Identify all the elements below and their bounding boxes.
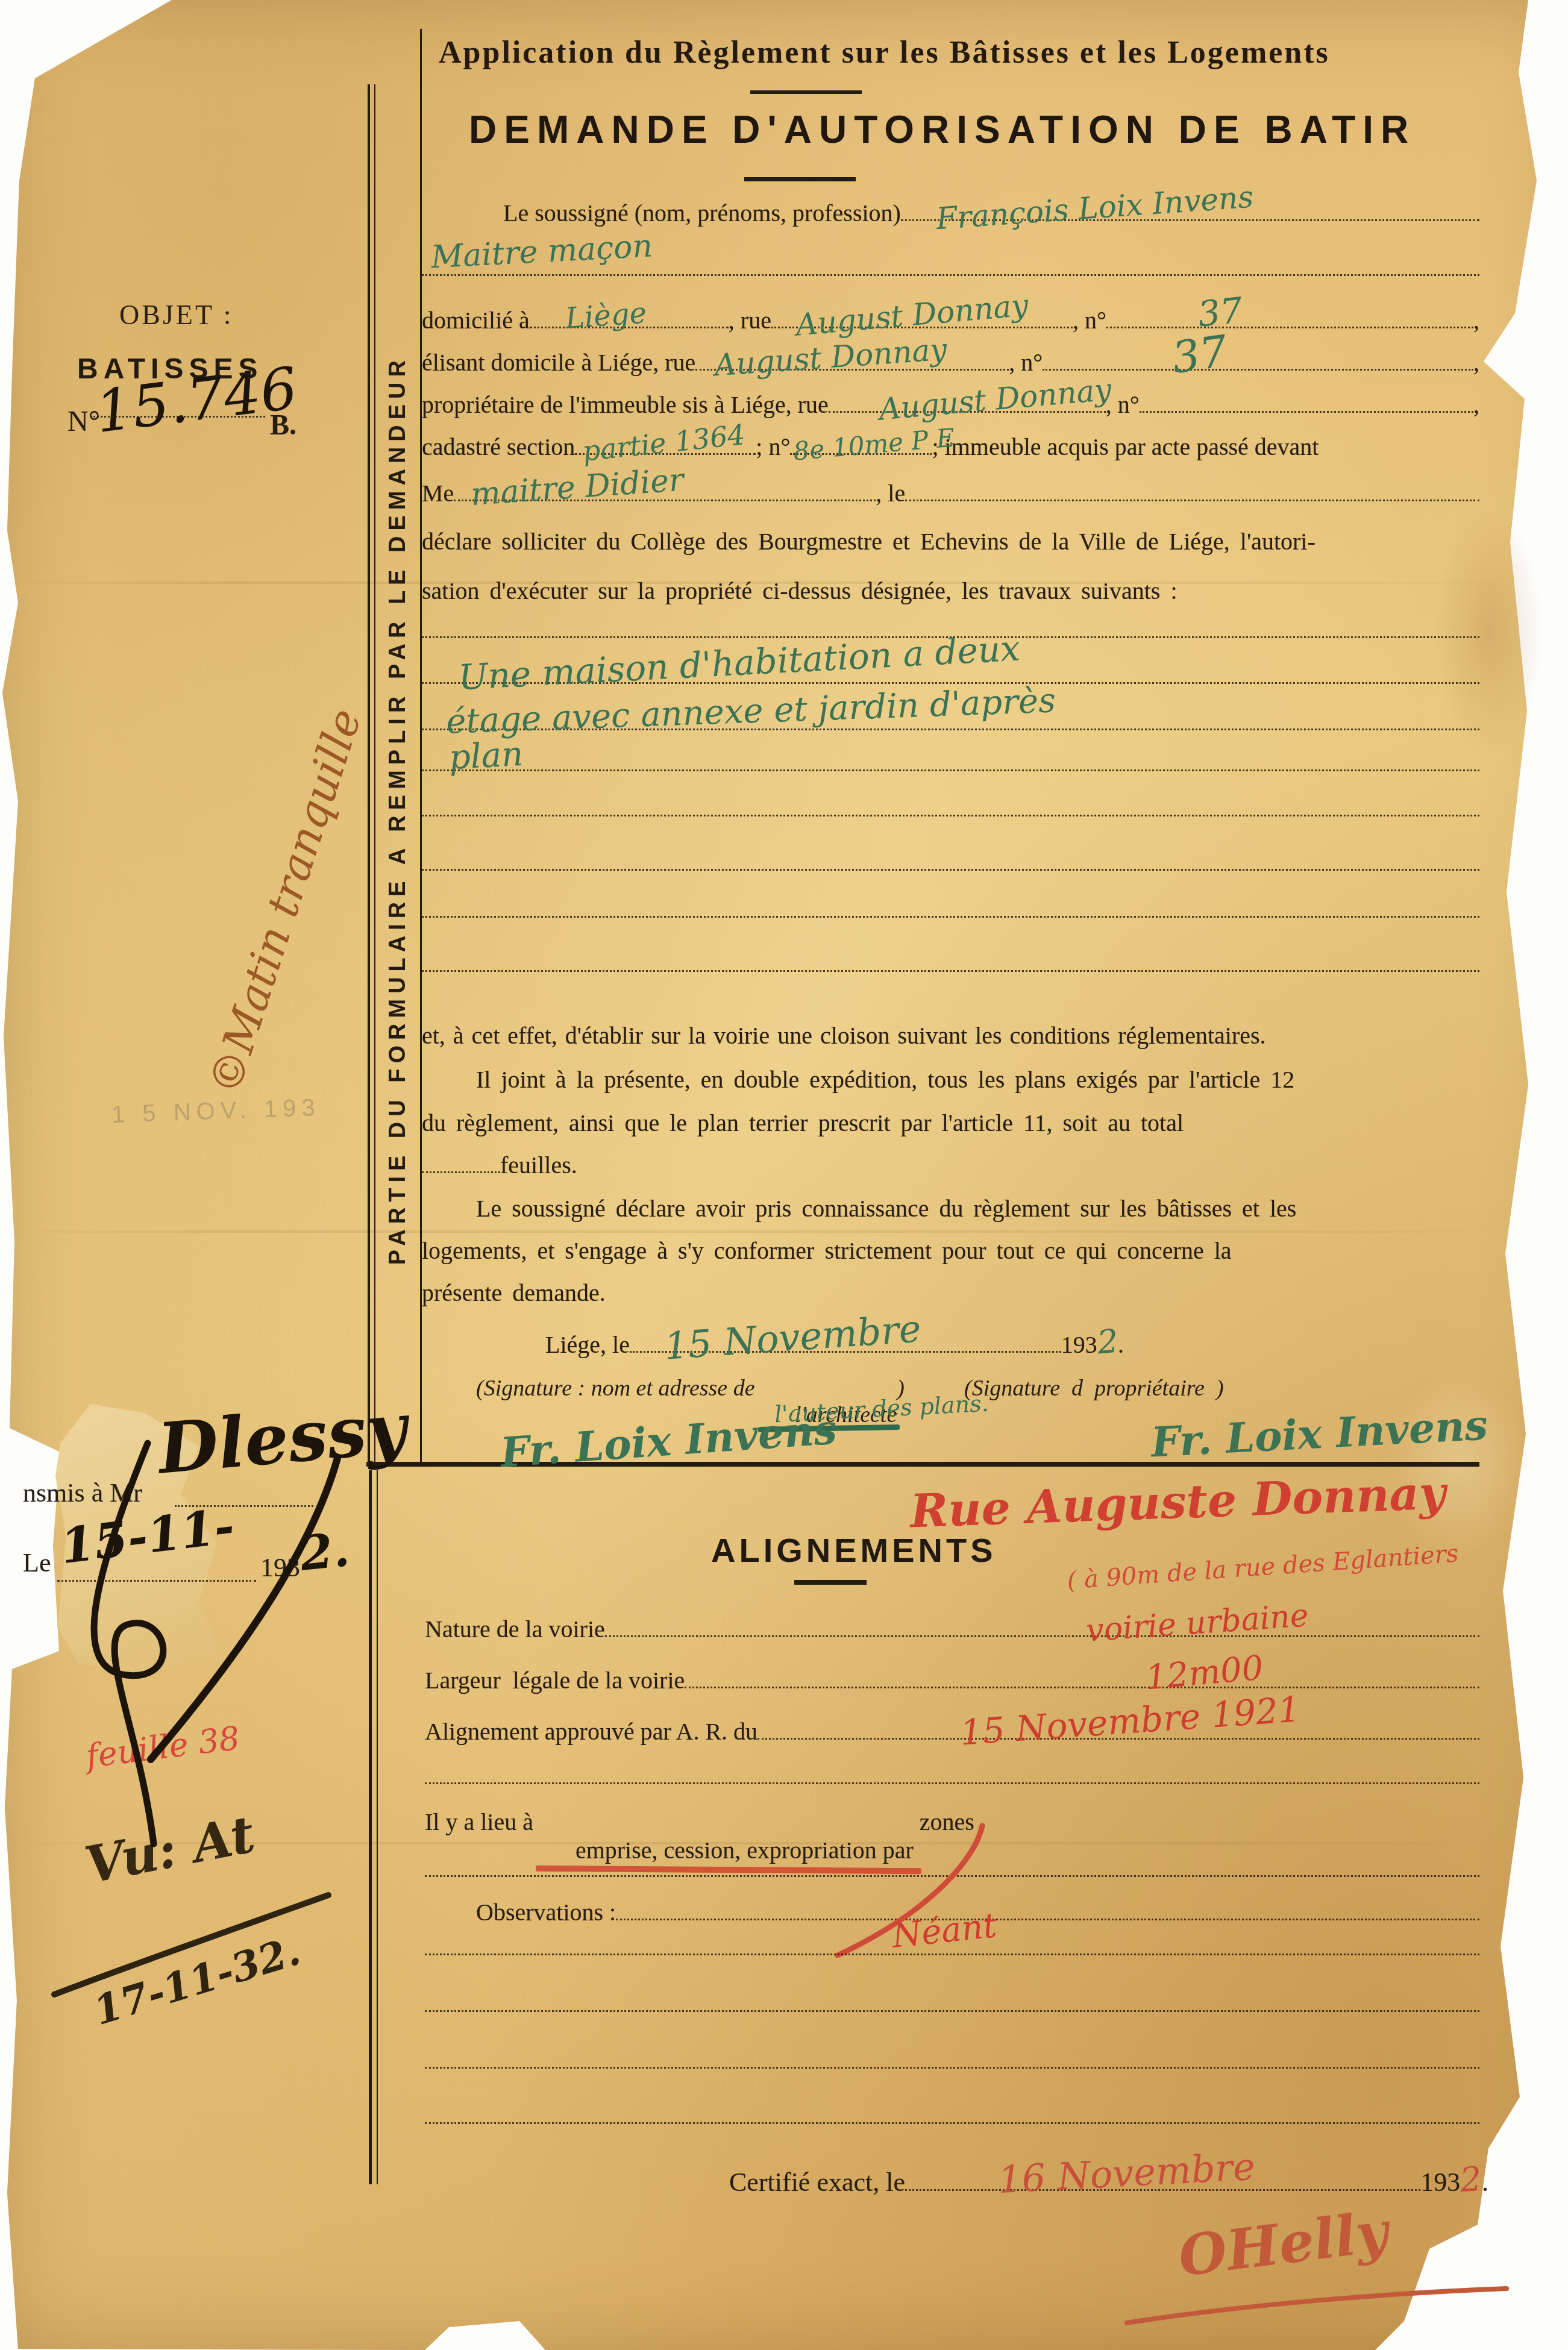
field-proprietaire: propriétaire de l'immeuble sis à Liége, … bbox=[422, 390, 1479, 419]
red-signature-underline bbox=[1121, 2278, 1519, 2332]
field-cadastre: cadastré section partie 1364 ; n° 8e 10m… bbox=[422, 433, 1479, 461]
date-place-label: Liége, le bbox=[545, 1330, 630, 1359]
title-underline bbox=[744, 177, 856, 181]
voirie-nature-line: voirie urbaine bbox=[605, 1626, 1479, 1637]
observations-line bbox=[616, 1909, 1479, 1920]
voirie-nature-row: Nature de la voirie voirie urbaine bbox=[425, 1615, 1479, 1643]
feuilles-count-line bbox=[422, 1162, 500, 1173]
applicant-label: Le soussigné (nom, prénoms, profession) bbox=[503, 199, 901, 227]
cadastre-numero-line: 8e 10me P E bbox=[790, 443, 932, 455]
alignement-approuve-line: 15 Novembre 1921 bbox=[757, 1728, 1479, 1740]
certify-year-handwritten: 2 bbox=[1459, 2160, 1483, 2200]
works-line bbox=[422, 869, 1479, 871]
certify-row: Certifié exact, le 16 Novembre 193 2 . bbox=[729, 2160, 1488, 2199]
line-end-comma: , bbox=[1473, 348, 1479, 377]
acte-date-label: , le bbox=[876, 479, 905, 507]
signature-right-label: (Signature d propriétaire ) bbox=[964, 1375, 1224, 1402]
domicile-label: domicilié à bbox=[422, 306, 530, 334]
proprietaire-rue-line: August Donnay bbox=[829, 401, 1106, 413]
cadastre-section-line: partie 1364 bbox=[575, 443, 756, 455]
line-end-comma: , bbox=[1473, 306, 1479, 334]
blank-line bbox=[425, 2067, 1479, 2069]
vertical-strip: PARTIE DU FORMULAIRE A REMPLIR PAR LE DE… bbox=[372, 224, 423, 1396]
engagement-line1: Le soussigné déclare avoir pris connaiss… bbox=[476, 1194, 1296, 1223]
lower-double-rule-inner bbox=[377, 1470, 378, 2184]
paper-crease bbox=[0, 1230, 1525, 1233]
certify-date-line: 16 Novembre bbox=[905, 2179, 1420, 2191]
declaration-line1: déclare solliciter du Collège des Bourgm… bbox=[422, 527, 1316, 556]
signature-left-prefix: (Signature : nom et adresse de bbox=[476, 1375, 760, 1402]
notaire-prefix: Me bbox=[422, 479, 454, 507]
profession-line bbox=[422, 274, 1479, 276]
scanned-document: Application du Règlement sur les Bâtisse… bbox=[0, 0, 1568, 2350]
domicile-elu-line: August Donnay bbox=[695, 359, 1009, 371]
numero-label: , n° bbox=[1073, 306, 1106, 334]
observations-label: Observations : bbox=[476, 1898, 616, 1926]
works-line bbox=[422, 769, 1479, 771]
acte-date-line bbox=[905, 490, 1479, 501]
field-notaire: Me maitre Didier , le bbox=[422, 479, 1479, 507]
date-year-handwritten: 2 bbox=[1096, 1322, 1120, 1362]
blank-line bbox=[425, 1954, 1479, 1955]
left-double-rule-outer bbox=[368, 84, 370, 1465]
works-line bbox=[422, 815, 1479, 816]
feuilles-label: feuilles. bbox=[500, 1151, 577, 1179]
alignement-approuve-label: Alignement approuvé par A. R. du bbox=[425, 1717, 757, 1746]
voirie-largeur-row: Largeur légale de la voirie 12m00 bbox=[425, 1666, 1479, 1694]
voirie-nature-label: Nature de la voirie bbox=[425, 1615, 605, 1643]
works-line bbox=[422, 970, 1479, 972]
domicile-value: Liège bbox=[564, 296, 647, 335]
header-underline bbox=[750, 90, 862, 94]
emprise-prefix: Il y a lieu à bbox=[425, 1808, 539, 1836]
numero-line: 37 bbox=[1106, 317, 1473, 328]
plans-clause-line1: Il joint à la présente, en double expédi… bbox=[476, 1065, 1294, 1094]
certify-label: Certifié exact, le bbox=[729, 2167, 905, 2198]
declaration-line2: sation d'exécuter sur la propriété ci-de… bbox=[422, 577, 1178, 605]
alignements-title: ALIGNEMENTS bbox=[711, 1531, 997, 1570]
red-flourish-stroke bbox=[783, 1820, 1024, 1964]
date-year-printed: 193 bbox=[1061, 1330, 1097, 1359]
date-row: Liége, le 15 Novembre 193 2 . bbox=[545, 1323, 1124, 1361]
dossier-number-suffix: B. bbox=[270, 409, 296, 442]
domicile-elu-numero-label: , n° bbox=[1009, 348, 1043, 377]
field-domicile: domicilié à Liège , rue August Donnay , … bbox=[422, 306, 1479, 334]
works-text-line3: plan bbox=[448, 735, 524, 777]
field-applicant: Le soussigné (nom, prénoms, profession) … bbox=[503, 199, 1479, 227]
domicile-elu-numero-value: 37 bbox=[1168, 325, 1230, 383]
voirie-largeur-label: Largeur légale de la voirie bbox=[425, 1666, 685, 1694]
plans-clause-line2: du règlement, ainsi que le plan terrier … bbox=[422, 1109, 1184, 1137]
blank-line bbox=[425, 2122, 1479, 2124]
notaire-line: maitre Didier bbox=[454, 490, 876, 501]
domicile-elu-label: élisant domicile à Liége, rue bbox=[422, 348, 695, 377]
engagement-line2: logements, et s'engage à s'y conformer s… bbox=[422, 1236, 1232, 1265]
feuilles-row: feuilles. bbox=[422, 1151, 693, 1179]
blank-line bbox=[425, 1782, 1479, 1784]
objet-label: OBJET : bbox=[119, 299, 233, 331]
works-line bbox=[422, 916, 1479, 918]
field-domicile-elu: élisant domicile à Liége, rue August Don… bbox=[422, 348, 1479, 377]
date-line: 15 Novembre bbox=[630, 1341, 1061, 1353]
domicile-line: Liège bbox=[530, 317, 729, 328]
alignements-underline bbox=[794, 1580, 867, 1585]
cadastre-suite-label: ; immeuble acquis par acte passé devant bbox=[932, 433, 1319, 461]
form-title: DEMANDE D'AUTORISATION DE BATIR bbox=[469, 107, 1416, 152]
alignement-approuve-row: Alignement approuvé par A. R. du 15 Nove… bbox=[425, 1717, 1479, 1746]
cloison-clause: et, à cet effet, d'établir sur la voirie… bbox=[422, 1021, 1266, 1050]
engagement-line3: présente demande. bbox=[422, 1279, 606, 1307]
domicile-elu-numero-line: 37 bbox=[1043, 359, 1473, 371]
applicant-line: François Loix Invens bbox=[901, 210, 1479, 221]
form-header-line: Application du Règlement sur les Bâtisse… bbox=[439, 35, 1330, 70]
paper-stain bbox=[1434, 506, 1543, 759]
rue-label: , rue bbox=[729, 306, 771, 334]
dossier-number-line bbox=[90, 416, 265, 418]
line-end-comma: , bbox=[1473, 390, 1479, 419]
certify-year-printed: 193 bbox=[1420, 2167, 1460, 2198]
rue-line: August Donnay bbox=[771, 317, 1073, 328]
proprietaire-label: propriétaire de l'immeuble sis à Liége, … bbox=[422, 390, 829, 419]
cadastre-numero-label: ; n° bbox=[756, 433, 790, 461]
blank-line bbox=[425, 2010, 1479, 2012]
ink-flourishes bbox=[0, 1386, 374, 2079]
proprietaire-numero-line bbox=[1140, 401, 1473, 413]
vertical-strip-text: PARTIE DU FORMULAIRE A REMPLIR PAR LE DE… bbox=[385, 355, 411, 1265]
voirie-largeur-line: 12m00 bbox=[685, 1677, 1479, 1688]
cadastre-label: cadastré section bbox=[422, 433, 575, 461]
